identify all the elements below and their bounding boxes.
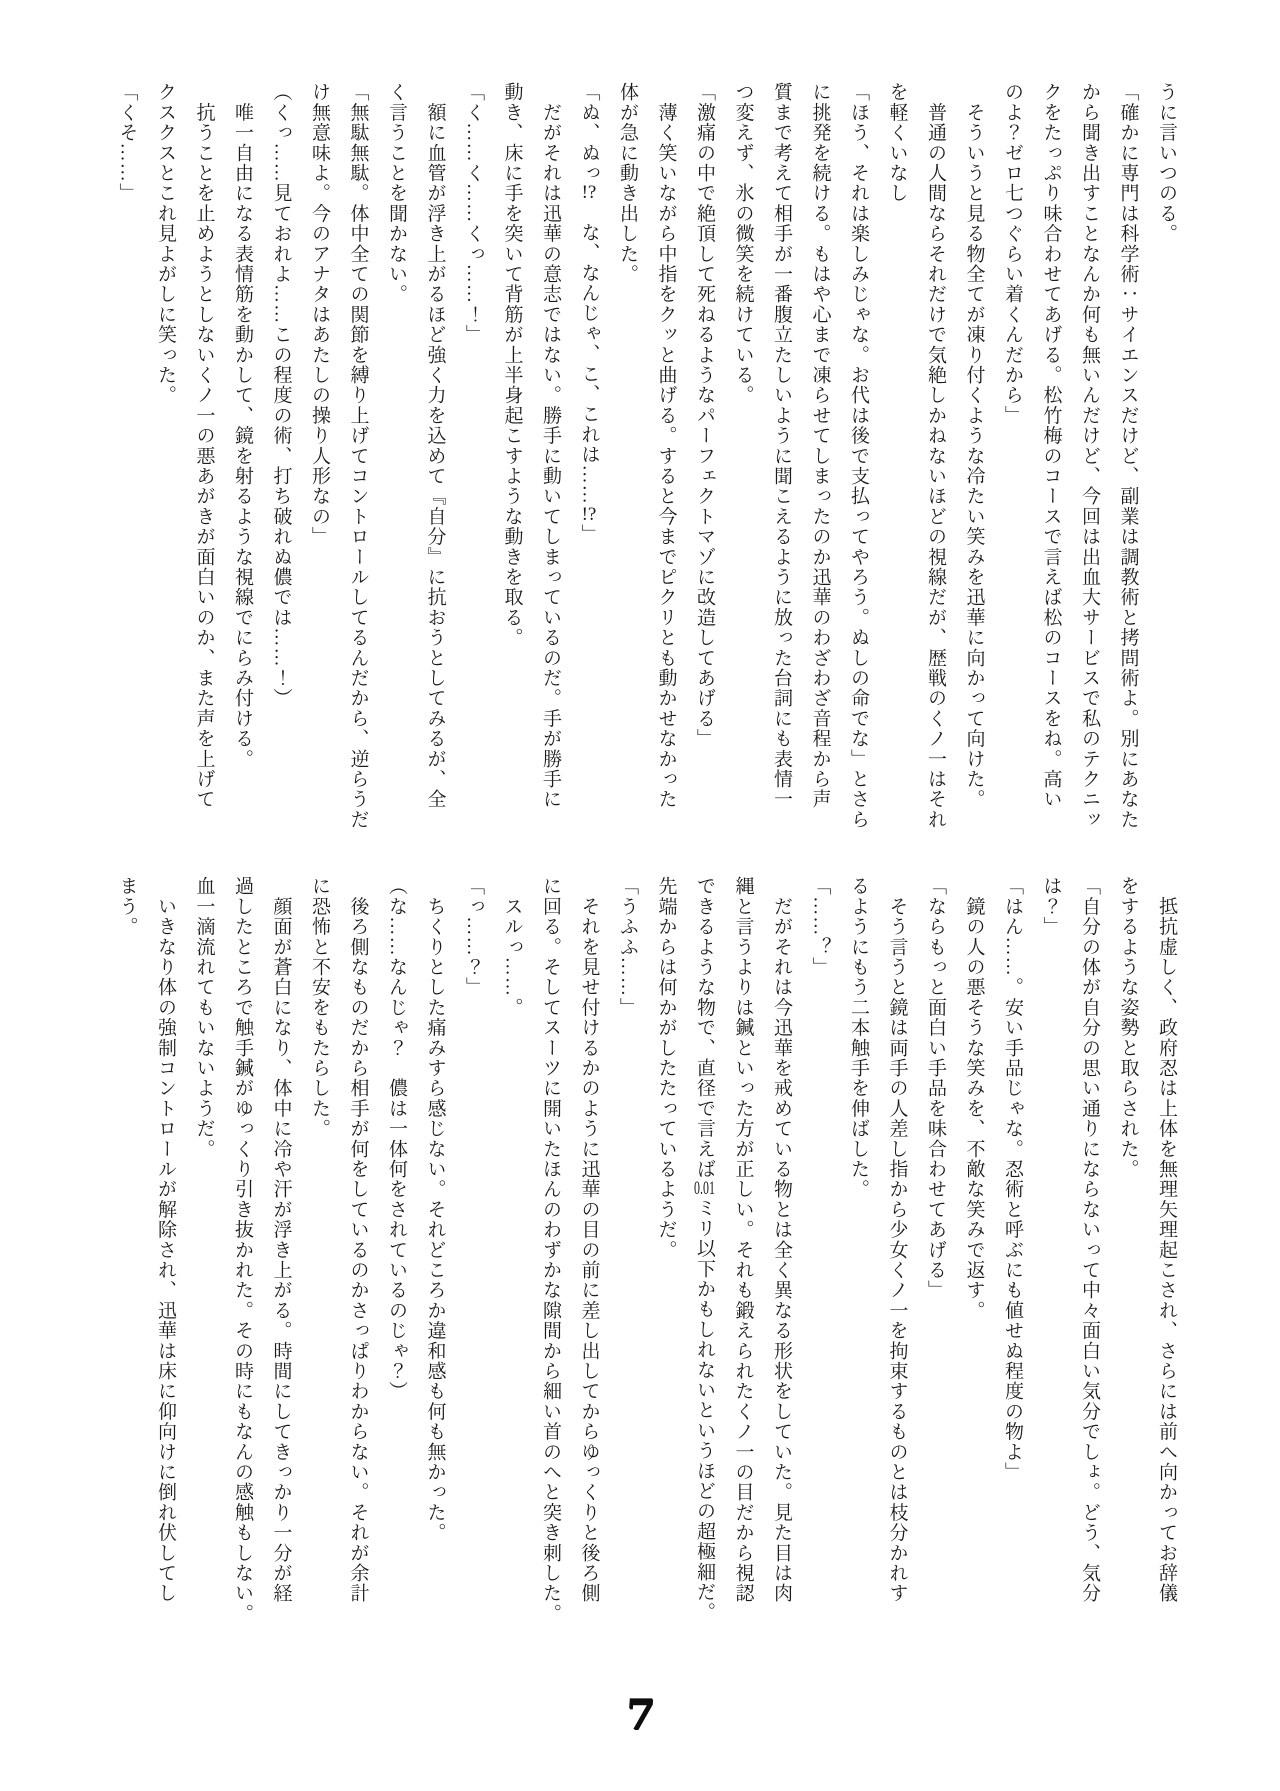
text-line: 「うふふ……」 bbox=[608, 876, 647, 1636]
text-line: うに言いつのる。 bbox=[1147, 82, 1186, 842]
text-line: に挑発を続ける。もはや心まで凍らせてしまったのか迅華のわざわざ音程から声 bbox=[800, 82, 839, 842]
text-line: 先端からは何かがしたたっているようだ。 bbox=[646, 876, 685, 1636]
text-line: は？」 bbox=[1031, 876, 1070, 1636]
text-line: のよ？ゼロ七つぐらい着くんだから」 bbox=[993, 82, 1032, 842]
text-line: 質まで考えて相手が一番腹立たしいように聞こえるように放った台詞にも表情一 bbox=[762, 82, 801, 842]
text-line: 「ほう、それは楽しみじゃな。お代は後で支払ってやろう。ぬしの命でな」とさら bbox=[839, 82, 878, 842]
text-line: 動き、床に手を突いて背筋が上半身起こすような動きを取る。 bbox=[492, 82, 531, 842]
text-line: 顔面が蒼白になり、体中に冷や汗が浮き上がる。時間にしてきっかり一分が経 bbox=[261, 876, 300, 1636]
text-block-top: うに言いつのる。「確かに専門は科学術：サイエンスだけど、副業は調教術と拷問術よ。… bbox=[107, 82, 1185, 842]
text-line: 「くそ……」 bbox=[107, 82, 146, 842]
document-page: うに言いつのる。「確かに専門は科学術：サイエンスだけど、副業は調教術と拷問術よ。… bbox=[0, 0, 1280, 1791]
text-line: 普通の人間ならそれだけで気絶しかねないほどの視線だが、歴戦のくノ一はそれ bbox=[916, 82, 955, 842]
text-line: 過したところで触手鍼がゆっくり引き抜かれた。その時にもなんの感触もしない。 bbox=[223, 876, 262, 1636]
text-line: 「……？」 bbox=[800, 876, 839, 1636]
text-line: け無意味よ。今のアナタはあたしの操り人形なの」 bbox=[300, 82, 339, 842]
text-line: 「ならもっと面白い手品を味合わせてあげる」 bbox=[916, 876, 955, 1636]
text-line: 抵抗虚しく、政府忍は上体を無理矢理起こされ、さらには前へ向かってお辞儀 bbox=[1147, 876, 1186, 1636]
text-line: それを見せ付けるかのように迅華の目の前に差し出してからゆっくりと後ろ側 bbox=[569, 876, 608, 1636]
text-block-bottom: 抵抗虚しく、政府忍は上体を無理矢理起こされ、さらには前へ向かってお辞儀をするよう… bbox=[107, 876, 1185, 1636]
text-line: るようにもう二本触手を伸ばした。 bbox=[839, 876, 878, 1636]
text-line: スルっ……。 bbox=[492, 876, 531, 1636]
text-line: つ変えず、氷の微笑を続けている。 bbox=[723, 82, 762, 842]
text-line: いきなり体の強制コントロールが解除され、迅華は床に仰向けに倒れ伏してし bbox=[146, 876, 185, 1636]
text-line: そう言うと鏡は両手の人差し指から少女くノ一を拘束するものとは枝分かれす bbox=[877, 876, 916, 1636]
tatechuyoko-text: !? bbox=[579, 183, 600, 202]
text-line: 「無駄無駄。体中全ての関節を縛り上げてコントロールしてるんだから、逆らうだ bbox=[338, 82, 377, 842]
text-line: クスクスとこれ見よがしに笑った。 bbox=[146, 82, 185, 842]
tatechuyoko-text: 0.01 bbox=[694, 1179, 715, 1198]
text-line: だがそれは今迅華を戒めている物とは全く異なる形状をしていた。見た目は肉 bbox=[762, 876, 801, 1636]
text-line: に回る。そしてスーツに開いたほんのわずかな隙間から細い首のへと突き刺した。 bbox=[531, 876, 570, 1636]
text-line: 「っ……？」 bbox=[454, 876, 493, 1636]
text-line: 鏡の人の悪そうな笑みを、不敵な笑みで返す。 bbox=[954, 876, 993, 1636]
text-line: そういうと見る物全てが凍り付くような冷たい笑みを迅華に向かって向けた。 bbox=[954, 82, 993, 842]
text-line: 「く……く……くっ……！」 bbox=[454, 82, 493, 842]
text-line: 「自分の体が自分の思い通りにならないって中々面白い気分でしょ。どう、気分 bbox=[1070, 876, 1109, 1636]
text-line: 唯一自由になる表情筋を動かして、鏡を射るような視線でにらみ付ける。 bbox=[223, 82, 262, 842]
text-line: 血一滴流れてもいないようだ。 bbox=[184, 876, 223, 1636]
text-line: 縄と言うよりは鍼といった方が正しい。それも鍛えられたくノ一の目だから視認 bbox=[723, 876, 762, 1636]
text-line: まう。 bbox=[107, 876, 146, 1636]
text-line: 後ろ側なものだから相手が何をしているのかさっぱりわからない。それが余計 bbox=[338, 876, 377, 1636]
text-line: 額に血管が浮き上がるほど強く力を込めて『自分』に抗おうとしてみるが、全 bbox=[415, 82, 454, 842]
text-line: 薄く笑いながら中指をクッと曲げる。すると今までピクリとも動かせなかった bbox=[646, 82, 685, 842]
text-line: （くっ……見ておれよ……この程度の術、打ち破れぬ儂では……！） bbox=[261, 82, 300, 842]
page-number: 7 bbox=[0, 1690, 1280, 1739]
text-line: ちくりとした痛みすら感じない。それどころか違和感も何も無かった。 bbox=[415, 876, 454, 1636]
text-line: 「ぬ、ぬっ!? な、なんじゃ、こ、これは……!?」 bbox=[569, 82, 608, 842]
text-line: できるような物で、直径で言えば0.01ミリ以下かもしれないというほどの超極細だ。 bbox=[685, 876, 724, 1636]
text-line: 「激痛の中で絶頂して死ねるようなパーフェクトマゾに改造してあげる」 bbox=[685, 82, 724, 842]
text-line: 「はん……。安い手品じゃな。忍術と呼ぶにも値せぬ程度の物よ」 bbox=[993, 876, 1032, 1636]
text-line: だがそれは迅華の意志ではない。勝手に動いてしまっているのだ。手が勝手に bbox=[531, 82, 570, 842]
text-line: を軽くいなし bbox=[877, 82, 916, 842]
text-line: に恐怖と不安をもたらした。 bbox=[300, 876, 339, 1636]
text-line: 抗うことを止めようとしないくノ一の悪あがきが面白いのか、また声を上げて bbox=[184, 82, 223, 842]
text-line: 体が急に動き出した。 bbox=[608, 82, 647, 842]
tatechuyoko-text: !? bbox=[579, 505, 600, 524]
text-line: く言うことを聞かない。 bbox=[377, 82, 416, 842]
text-line: をするような姿勢と取らされた。 bbox=[1108, 876, 1147, 1636]
text-line: クをたっぷり味合わせてあげる。松竹梅のコースで言えば松のコースをね。高い bbox=[1031, 82, 1070, 842]
text-line: （な……なんじゃ？ 儂は一体何をされているのじゃ？） bbox=[377, 876, 416, 1636]
text-line: 「確かに専門は科学術：サイエンスだけど、副業は調教術と拷問術よ。別にあなた bbox=[1108, 82, 1147, 842]
text-line: から聞き出すことなんか何も無いんだけど、今回は出血大サービスで私のテクニッ bbox=[1070, 82, 1109, 842]
